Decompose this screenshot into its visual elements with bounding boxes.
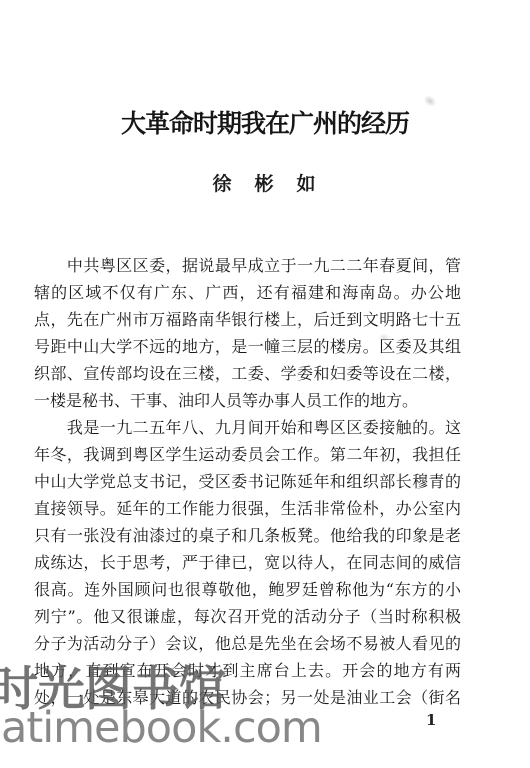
body-text: 中共粤区区委，据说最早成立于一九二二年春夏间，管辖的区域不仅有广东、广西，还有福… (34, 252, 461, 711)
text-line: 列宁”。他又很谦虚，每次召开党的活动分子（当时称积极 (34, 603, 461, 630)
text-line: 成练达，长于思考，严于律已，宽以待人，在同志间的威信 (34, 549, 461, 576)
page-title: 大革命时期我在广州的经历 (0, 104, 530, 140)
text-line: 中共粤区区委，据说最早成立于一九二二年春夏间，管 (34, 252, 461, 279)
page-number: 1 (426, 711, 436, 729)
text-line: 我是一九二五年八、九月间开始和粤区区委接触的。这 (34, 414, 461, 441)
scanned-book-page: 大革命时期我在广州的经历 徐 彬 如 中共粤区区委，据说最早成立于一九二二年春夏… (0, 0, 530, 768)
watermark-site-url: atimebook.com (1, 703, 322, 753)
text-line: 只有一张没有油漆过的桌子和几条板凳。他给我的印象是老 (34, 522, 461, 549)
text-line: 织部、宣传部均设在三楼，工委、学委和妇委等设在二楼， (34, 360, 461, 387)
text-line: 直接领导。延年的工作能力很强，生活非常俭朴，办公室内 (34, 495, 461, 522)
text-line: 年冬，我调到粤区学生运动委员会工作。第二年初，我担任 (34, 441, 461, 468)
text-line: 号距中山大学不远的地方，是一幢三层的楼房。区委及其组 (34, 333, 461, 360)
text-line: 中山大学党总支书记，受区委书记陈延年和组织部长穆青的 (34, 468, 461, 495)
text-line: 一楼是秘书、干事、油印人员等办事人员工作的地方。 (34, 387, 461, 414)
author-name: 徐 彬 如 (0, 169, 530, 196)
text-line: 很高。连外国顾问也很尊敬他，鲍罗廷曾称他为“东方的小 (34, 576, 461, 603)
text-line: 辖的区域不仅有广东、广西，还有福建和海南岛。办公地 (34, 279, 461, 306)
text-line: 点，先在广州市万福路南华银行楼上，后迁到文明路七十五 (34, 306, 461, 333)
